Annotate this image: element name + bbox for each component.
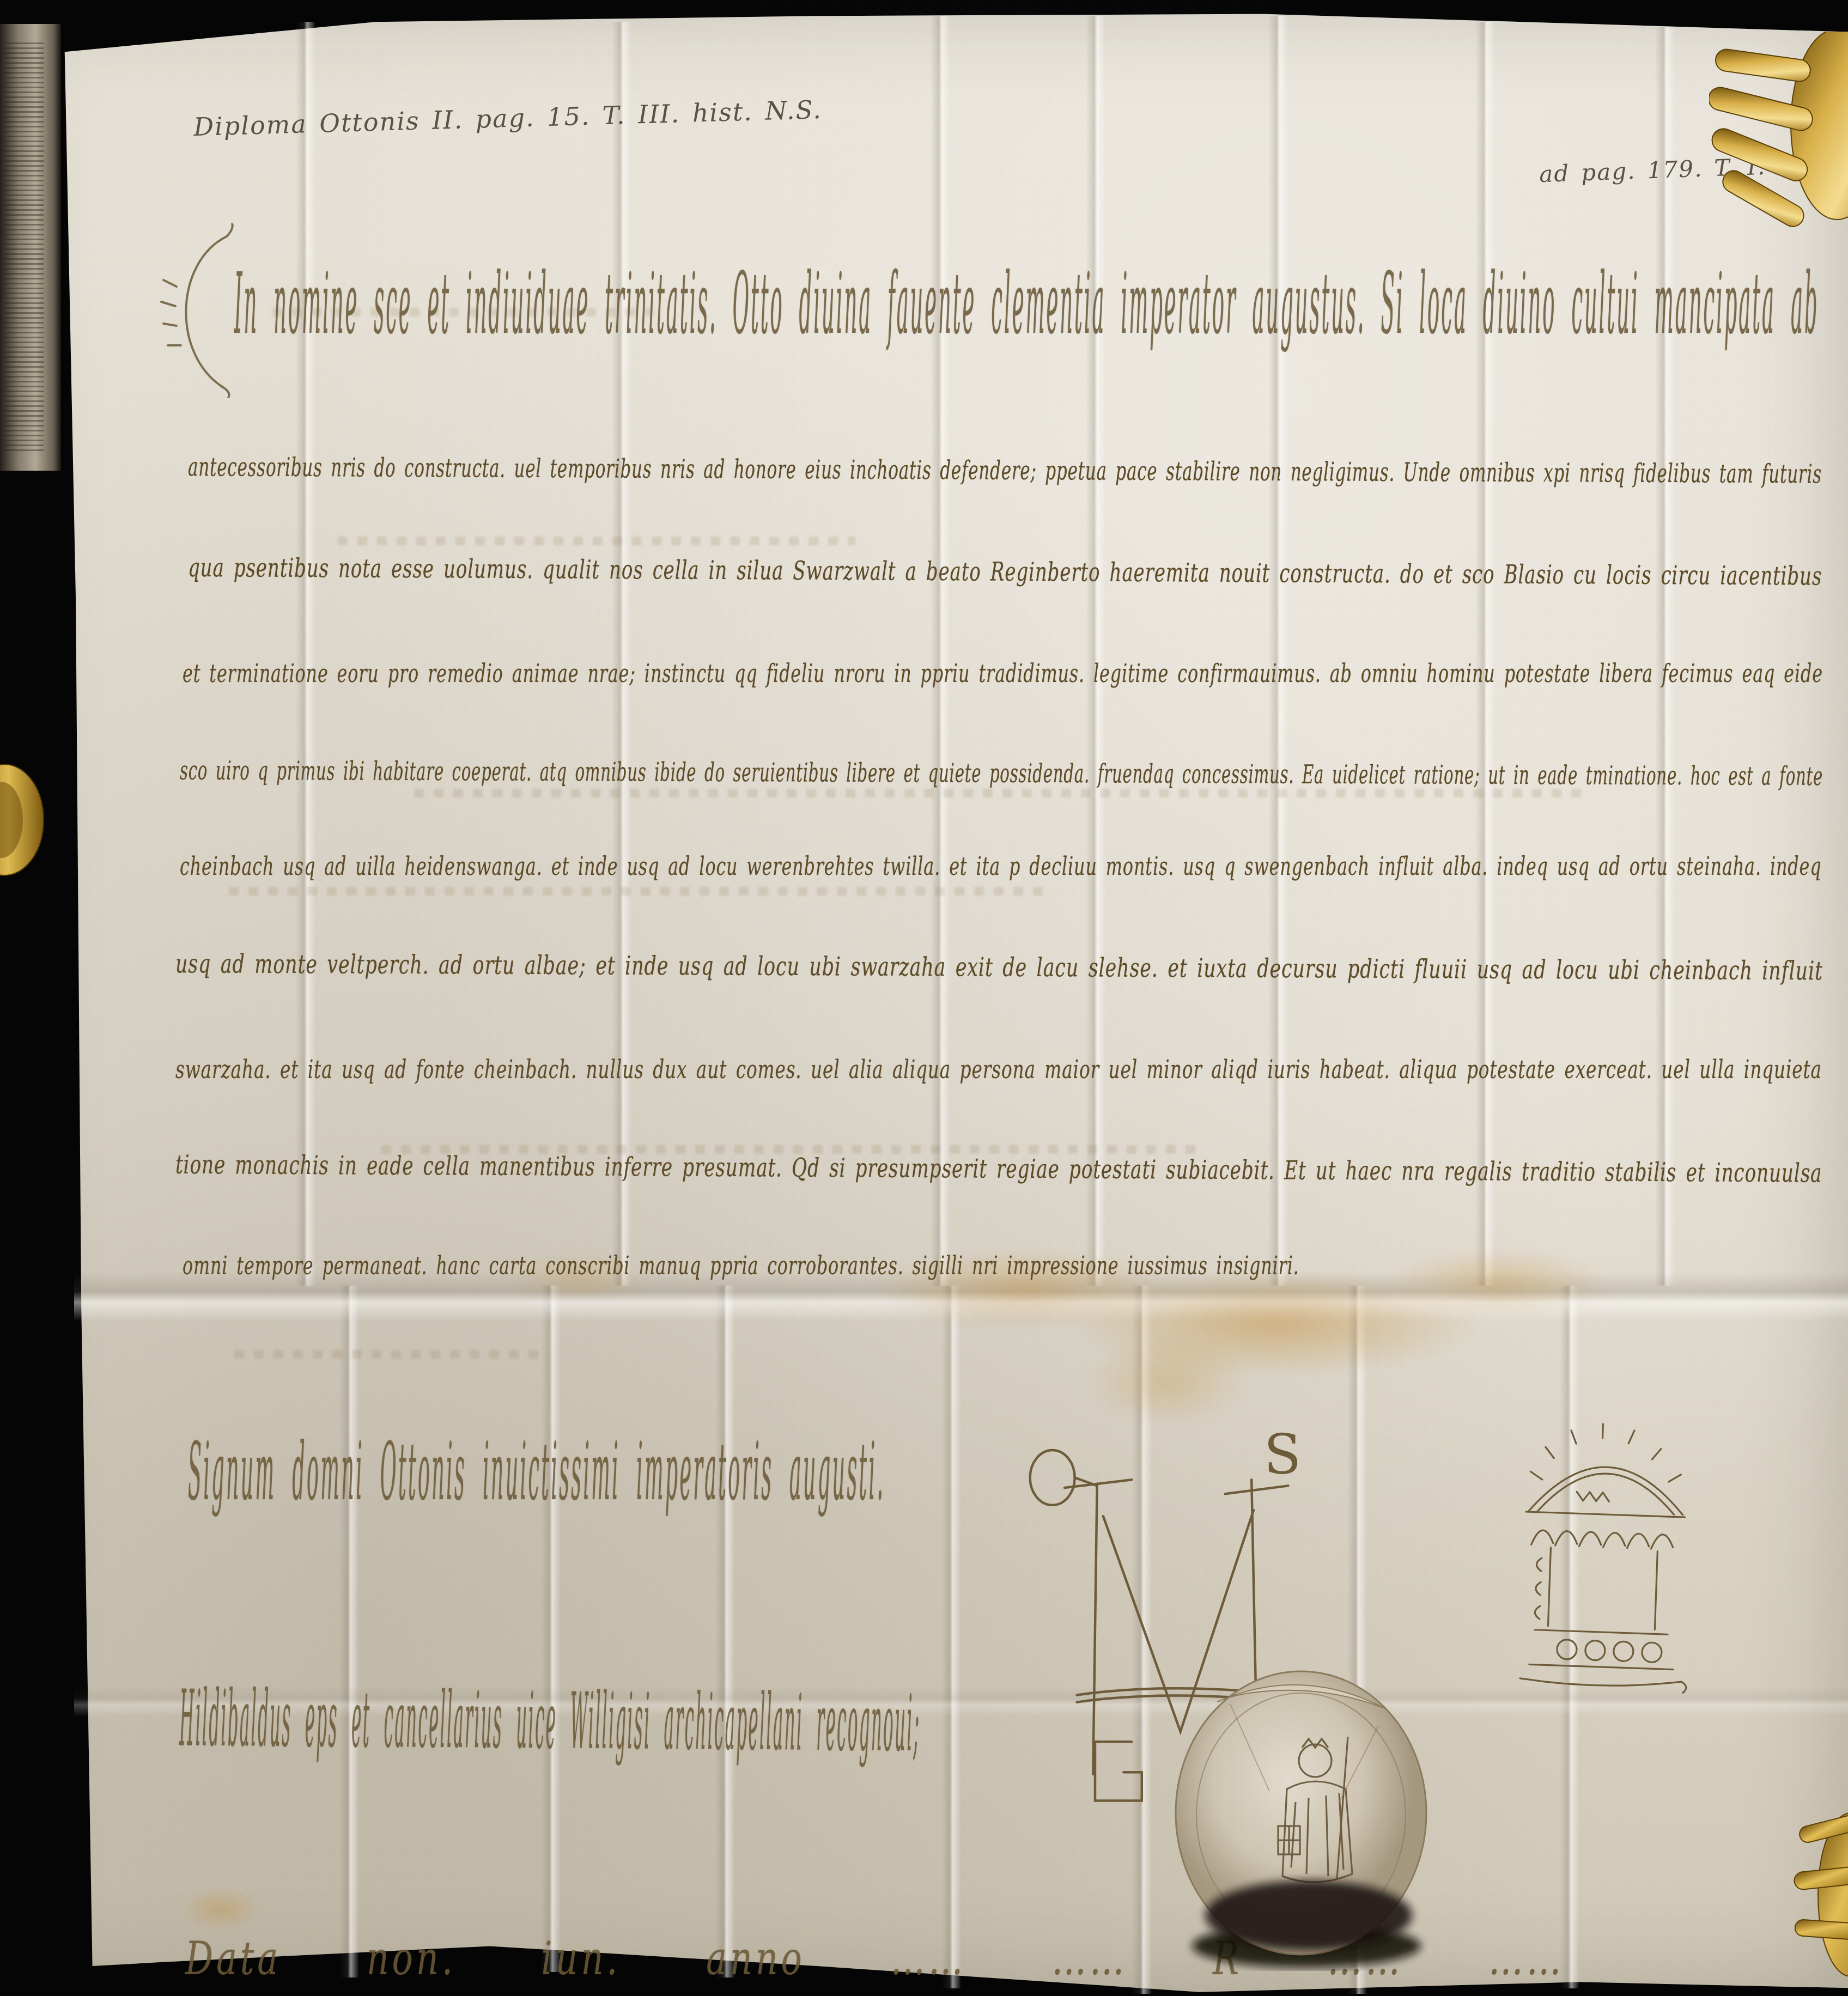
charter-line-text: omni tempore permaneat. hanc carta consc… bbox=[183, 1250, 1299, 1280]
charter-line-text: sco uiro q primus ibi habitare coeperat.… bbox=[180, 756, 1823, 792]
signum-line: Signum domni Ottonis inuictissimi impera… bbox=[188, 1427, 885, 1455]
fold-crease bbox=[1268, 16, 1288, 1286]
fold-crease bbox=[715, 1286, 735, 1977]
recognition-line: Hildibaldus eps et cancellarius uice Wil… bbox=[180, 1672, 921, 1707]
stain bbox=[1087, 1335, 1250, 1427]
fold-crease bbox=[941, 1286, 961, 1988]
fold-crease bbox=[1655, 27, 1675, 1286]
fold-crease bbox=[931, 16, 950, 1286]
recognition-sign-drawing bbox=[1489, 1410, 1717, 1701]
stain bbox=[1384, 1247, 1613, 1318]
ghost-text-offset bbox=[338, 537, 855, 545]
fold-crease bbox=[541, 1286, 561, 1972]
gold-hand-bottom-icon bbox=[1794, 1808, 1848, 1982]
fold-crease bbox=[612, 22, 631, 1286]
charter-line: omni tempore permaneat. hanc carta consc… bbox=[183, 1250, 1299, 1274]
datum-line: Data non. iun. anno …… …… R …… …… bbox=[185, 1933, 1792, 1961]
gold-hand-top-icon bbox=[1709, 32, 1848, 239]
charter-line: cheinbach usq ad uilla heidenswanga. et … bbox=[180, 851, 1822, 875]
fold-crease bbox=[339, 1286, 359, 1977]
fold-crease bbox=[296, 22, 315, 1286]
book-print-texture bbox=[4, 42, 44, 454]
wax-seal bbox=[1165, 1660, 1437, 1971]
charter-line-text: cheinbach usq ad uilla heidenswanga. et … bbox=[180, 851, 1822, 881]
stain bbox=[180, 1888, 262, 1931]
chrismon-symbol bbox=[159, 223, 241, 398]
charter-line: sco uiro q primus ibi habitare coeperat.… bbox=[180, 756, 1822, 786]
charter-line-text: et terminatione eoru pro remedio animae … bbox=[183, 658, 1823, 688]
signum-text: Signum domni Ottonis inuictissimi impera… bbox=[188, 1427, 885, 1519]
invocation-line: In nomine sce et indiuiduae trinitatis. … bbox=[234, 255, 1820, 287]
ghost-text-offset bbox=[414, 789, 1585, 798]
charter-line: swarzaha. et ita usq ad fonte cheinbach.… bbox=[175, 1054, 1822, 1078]
charter-photograph: Diploma Ottonis II. pag. 15. T. III. his… bbox=[0, 0, 1848, 1996]
ghost-text-offset bbox=[234, 1350, 539, 1359]
invocation-text: In nomine sce et indiuiduae trinitatis. … bbox=[234, 255, 1819, 353]
charter-line-text: swarzaha. et ita usq ad fonte cheinbach.… bbox=[175, 1054, 1822, 1084]
ghost-text-offset bbox=[229, 887, 1046, 896]
book-page-edge bbox=[0, 24, 61, 471]
gold-clasp-left-icon bbox=[0, 760, 49, 880]
monogram-letter-s: S bbox=[1264, 1423, 1302, 1487]
fold-crease bbox=[1475, 22, 1495, 1286]
fold-crease bbox=[1086, 16, 1105, 1286]
recognition-text: Hildibaldus eps et cancellarius uice Wil… bbox=[179, 1672, 921, 1769]
charter-line: et terminatione eoru pro remedio animae … bbox=[183, 658, 1822, 682]
